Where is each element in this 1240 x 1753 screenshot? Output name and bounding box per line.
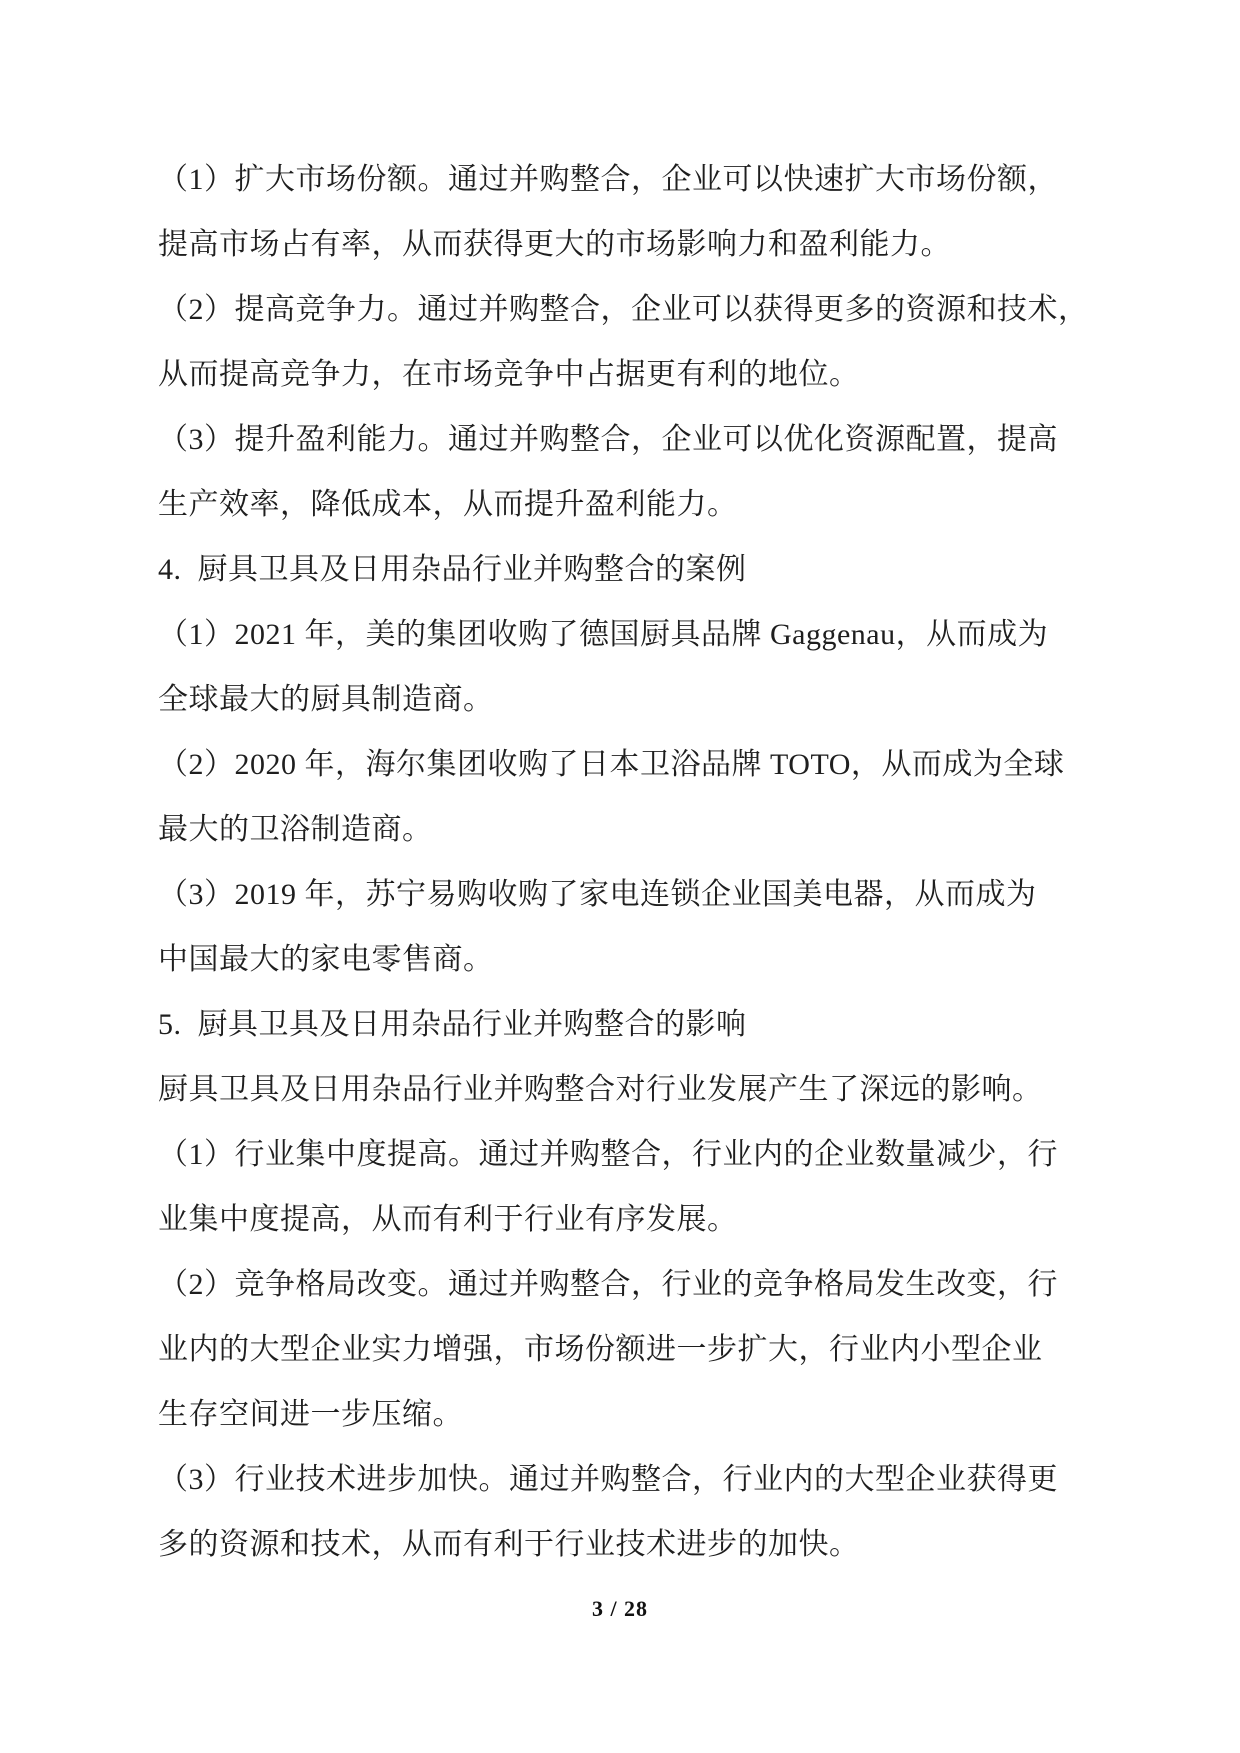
text-line: （2）竞争格局改变。通过并购整合，行业的竞争格局发生改变，行	[158, 1252, 1088, 1317]
document-page: （1）扩大市场份额。通过并购整合，企业可以快速扩大市场份额， 提高市场占有率，从…	[0, 0, 1240, 1753]
text-line: 厨具卫具及日用杂品行业并购整合对行业发展产生了深远的影响。	[158, 1057, 1088, 1122]
document-body: （1）扩大市场份额。通过并购整合，企业可以快速扩大市场份额， 提高市场占有率，从…	[158, 147, 1088, 1577]
page-footer: 3 / 28	[0, 1596, 1240, 1622]
text-line: （1）行业集中度提高。通过并购整合，行业内的企业数量减少，行	[158, 1122, 1088, 1187]
section-heading-4: 4. 厨具卫具及日用杂品行业并购整合的案例	[158, 537, 1088, 602]
text-line: （2）2020 年，海尔集团收购了日本卫浴品牌 TOTO，从而成为全球	[158, 732, 1088, 797]
text-line: 提高市场占有率，从而获得更大的市场影响力和盈利能力。	[158, 212, 1088, 277]
text-line: （2）提高竞争力。通过并购整合，企业可以获得更多的资源和技术，	[158, 277, 1088, 342]
text-line: 中国最大的家电零售商。	[158, 927, 1088, 992]
text-line: （1）2021 年，美的集团收购了德国厨具品牌 Gaggenau，从而成为	[158, 602, 1088, 667]
text-line: （3）2019 年，苏宁易购收购了家电连锁企业国美电器，从而成为	[158, 862, 1088, 927]
text-line: 生存空间进一步压缩。	[158, 1382, 1088, 1447]
text-line: 多的资源和技术，从而有利于行业技术进步的加快。	[158, 1512, 1088, 1577]
text-line: （3）行业技术进步加快。通过并购整合，行业内的大型企业获得更	[158, 1447, 1088, 1512]
text-line: 全球最大的厨具制造商。	[158, 667, 1088, 732]
text-line: （3）提升盈利能力。通过并购整合，企业可以优化资源配置，提高	[158, 407, 1088, 472]
text-line: （1）扩大市场份额。通过并购整合，企业可以快速扩大市场份额，	[158, 147, 1088, 212]
text-line: 业内的大型企业实力增强，市场份额进一步扩大，行业内小型企业	[158, 1317, 1088, 1382]
page-number: 3 / 28	[592, 1596, 648, 1621]
text-line: 从而提高竞争力，在市场竞争中占据更有利的地位。	[158, 342, 1088, 407]
text-line: 生产效率，降低成本，从而提升盈利能力。	[158, 472, 1088, 537]
text-line: 业集中度提高，从而有利于行业有序发展。	[158, 1187, 1088, 1252]
section-heading-5: 5. 厨具卫具及日用杂品行业并购整合的影响	[158, 992, 1088, 1057]
text-line: 最大的卫浴制造商。	[158, 797, 1088, 862]
